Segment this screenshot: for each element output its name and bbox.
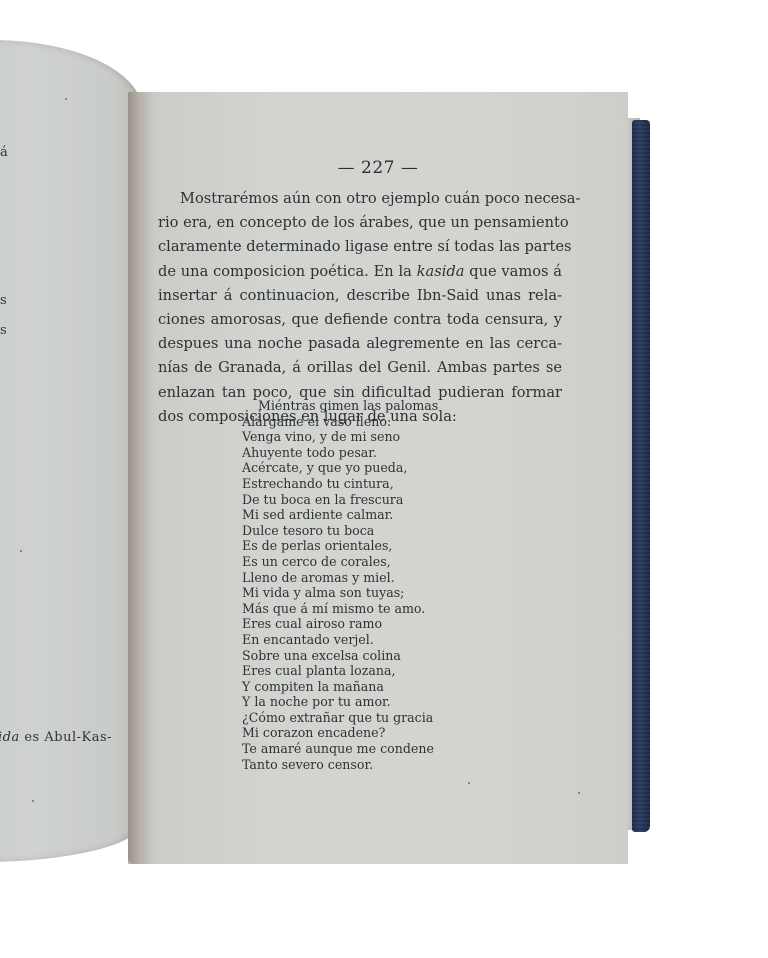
prose-text: que vamos á (464, 263, 562, 280)
fragment-text: es Abul-Kas- (20, 730, 112, 745)
paper-speck (65, 98, 67, 100)
poem-verse: De tu boca en la frescura (242, 492, 438, 508)
poem-verse: Dulce tesoro tu boca (242, 523, 438, 539)
paper-speck (468, 782, 470, 784)
poem-verse: Venga vino, y de mi seno (242, 429, 438, 445)
left-page-text-fragment: s (0, 323, 7, 338)
poem-verse: Mi vida y alma son tuyas; (242, 585, 438, 601)
poem-verse: Sobre una excelsa colina (242, 648, 438, 664)
poem-verse: Tanto severo censor. (242, 757, 438, 773)
paper-speck (578, 792, 580, 794)
poem-verse: Mi corazon encadene? (242, 725, 438, 741)
poem-verse: Es un cerco de corales, (242, 554, 438, 570)
prose-text: de una composicion poética. En la (158, 263, 417, 280)
poem-verse: Ahuyente todo pesar. (242, 445, 438, 461)
prose-line: Mostrarémos aún con otro ejemplo cuán po… (158, 187, 562, 211)
prose-paragraph: Mostrarémos aún con otro ejemplo cuán po… (158, 187, 562, 429)
left-page-text-fragment: ida es Abul-Kas- (0, 730, 112, 745)
poem-verse: Eres cual planta lozana, (242, 663, 438, 679)
book-cover-edge (632, 120, 650, 832)
poem-verse: Y compiten la mañana (242, 679, 438, 695)
left-page-text-fragment: s (0, 293, 7, 308)
left-page-text-fragment: á (0, 145, 8, 160)
poem-verse: Más que á mí mismo te amo. (242, 601, 438, 617)
poem-verse: En encantado verjel. (242, 632, 438, 648)
prose-line: claramente determinado ligase entre sí t… (158, 235, 562, 259)
prose-line: ciones amorosas, que defiende contra tod… (158, 308, 562, 332)
left-page: á s s ida es Abul-Kas- (0, 40, 142, 862)
italic-term: kasida (417, 263, 465, 280)
prose-line: insertar á continuacion, describe Ibn-Sa… (158, 284, 562, 308)
poem-verse: Es de perlas orientales, (242, 538, 438, 554)
poem-verse: Eres cual airoso ramo (242, 616, 438, 632)
poem-verse: ¿Cómo extrañar que tu gracia (242, 710, 438, 726)
right-page: — 227 — Mostrarémos aún con otro ejemplo… (128, 92, 628, 864)
poem-verse: Y la noche por tu amor. (242, 694, 438, 710)
paper-speck (20, 550, 22, 552)
poem-verse: Alárgame el vaso lleno: (242, 414, 438, 430)
prose-line: rio era, en concepto de los árabes, que … (158, 211, 562, 235)
italic-word: ida (0, 730, 20, 745)
prose-line: despues una noche pasada alegremente en … (158, 332, 562, 356)
prose-line: nías de Granada, á orillas del Genil. Am… (158, 356, 562, 380)
poem-verse: Estrechando tu cintura, (242, 476, 438, 492)
poem-kasida: Miéntras gimen las palomas Alárgame el v… (242, 398, 438, 772)
page-number: — 227 — (128, 158, 628, 178)
gutter-shadow (128, 92, 156, 864)
paper-speck (32, 800, 34, 802)
prose-line: de una composicion poética. En la kasida… (158, 260, 562, 284)
poem-verse: Miéntras gimen las palomas (242, 398, 438, 414)
poem-verse: Te amaré aunque me condene (242, 741, 438, 757)
poem-verse: Lleno de aromas y miel. (242, 570, 438, 586)
poem-verse: Mi sed ardiente calmar. (242, 507, 438, 523)
poem-verse: Acércate, y que yo pueda, (242, 460, 438, 476)
